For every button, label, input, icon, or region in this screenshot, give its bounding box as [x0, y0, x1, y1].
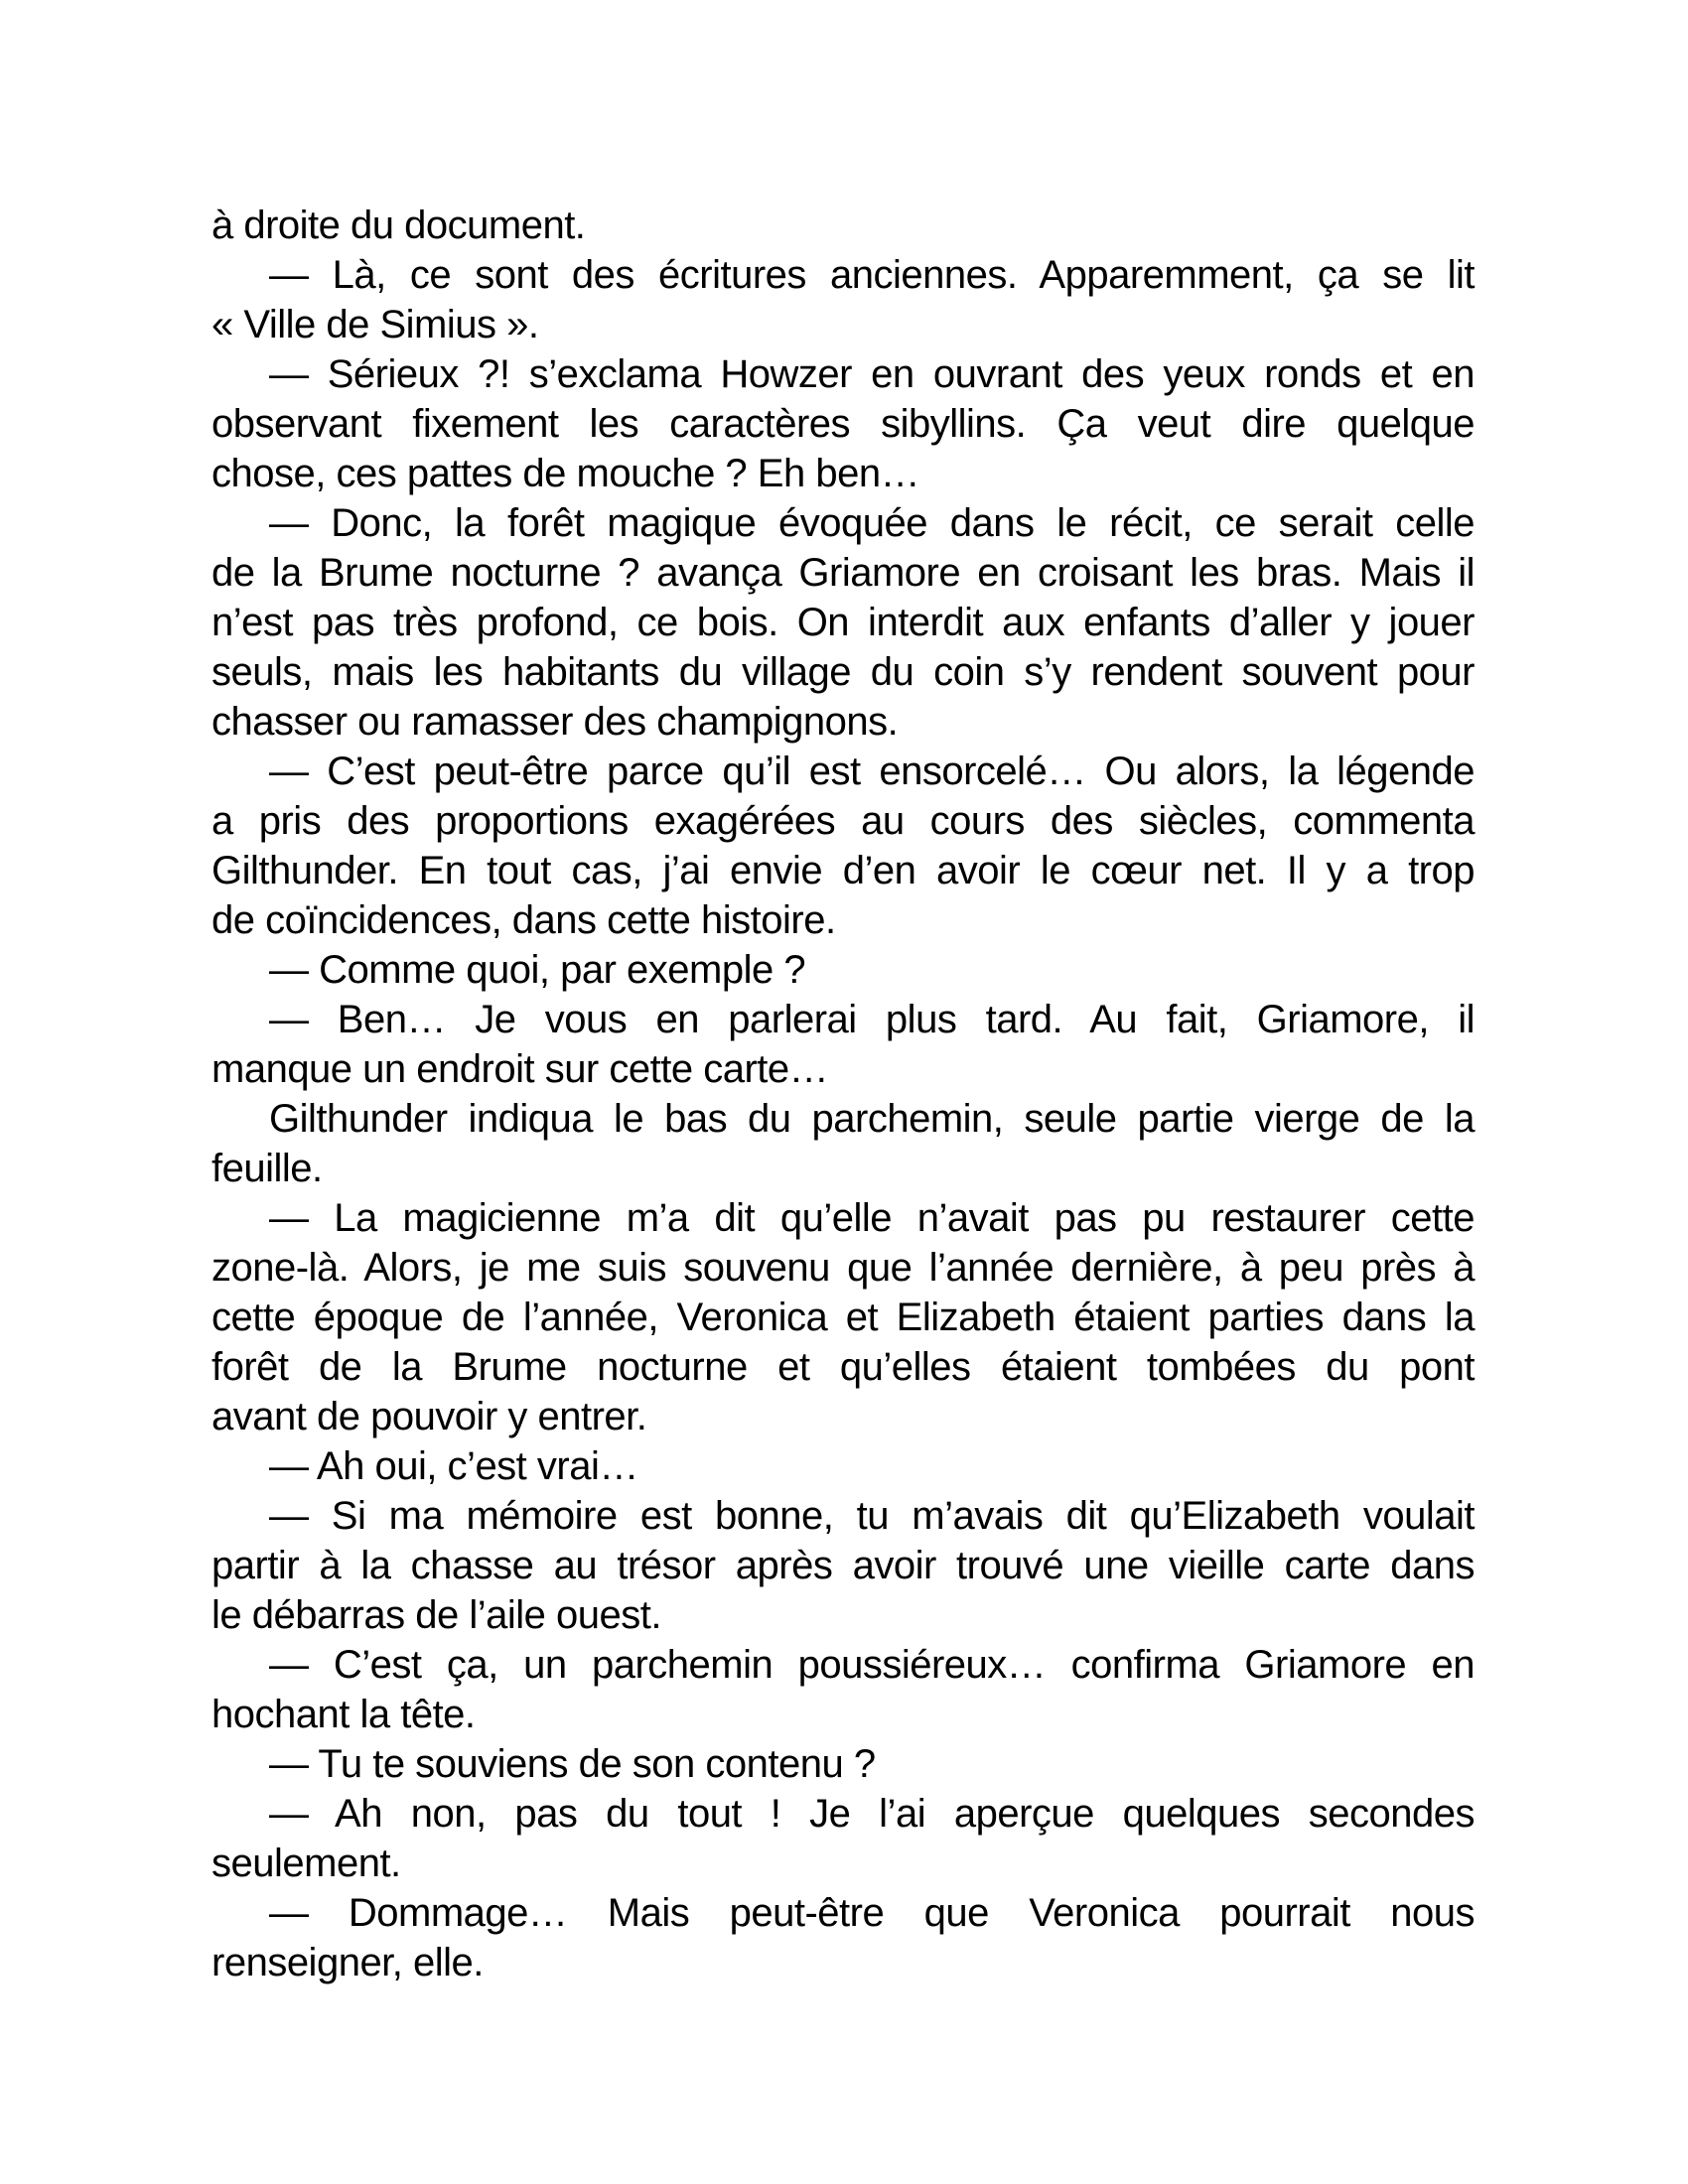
text-line: partir à la chasse au trésor après avoir… — [211, 1541, 1475, 1590]
text-line: de la Brume nocturne ? avança Griamore e… — [211, 548, 1475, 598]
book-page: à droite du document.— Là, ce sont des é… — [0, 0, 1688, 2184]
text-line: — C’est peut-être parce qu’il est ensorc… — [211, 747, 1475, 796]
text-line: — Dommage… Mais peut-être que Veronica p… — [211, 1888, 1475, 1938]
text-line: seulement. — [211, 1839, 1475, 1888]
text-line: de coïncidences, dans cette histoire. — [211, 895, 1475, 945]
text-line: — Sérieux ?! s’exclama Howzer en ouvrant… — [211, 349, 1475, 399]
text-line: — Comme quoi, par exemple ? — [211, 945, 1475, 995]
text-line: hochant la tête. — [211, 1690, 1475, 1739]
text-line: — Donc, la forêt magique évoquée dans le… — [211, 498, 1475, 548]
text-line: renseigner, elle. — [211, 1938, 1475, 1987]
text-line: — Tu te souviens de son contenu ? — [211, 1739, 1475, 1789]
text-line: — C’est ça, un parchemin poussiéreux… co… — [211, 1640, 1475, 1690]
text-line: à droite du document. — [211, 201, 1475, 250]
text-line: n’est pas très profond, ce bois. On inte… — [211, 598, 1475, 647]
text-line: forêt de la Brume nocturne et qu’elles é… — [211, 1342, 1475, 1392]
text-line: a pris des proportions exagérées au cour… — [211, 796, 1475, 846]
text-line: cette époque de l’année, Veronica et Eli… — [211, 1293, 1475, 1342]
text-line: — Ben… Je vous en parlerai plus tard. Au… — [211, 995, 1475, 1044]
text-line: le débarras de l’aile ouest. — [211, 1590, 1475, 1640]
text-line: zone-là. Alors, je me suis souvenu que l… — [211, 1243, 1475, 1293]
text-line: avant de pouvoir y entrer. — [211, 1392, 1475, 1441]
text-line: manque un endroit sur cette carte… — [211, 1044, 1475, 1094]
text-line: chasser ou ramasser des champignons. — [211, 697, 1475, 747]
text-line: « Ville de Simius ». — [211, 300, 1475, 349]
text-line: — La magicienne m’a dit qu’elle n’avait … — [211, 1193, 1475, 1243]
text-line: — Ah non, pas du tout ! Je l’ai aperçue … — [211, 1789, 1475, 1839]
text-line: observant fixement les caractères sibyll… — [211, 399, 1475, 449]
text-line: Gilthunder indiqua le bas du parchemin, … — [211, 1094, 1475, 1144]
text-line: — Ah oui, c’est vrai… — [211, 1441, 1475, 1491]
text-line: — Si ma mémoire est bonne, tu m’avais di… — [211, 1491, 1475, 1541]
text-line: feuille. — [211, 1144, 1475, 1193]
text-line: seuls, mais les habitants du village du … — [211, 647, 1475, 697]
text-line: chose, ces pattes de mouche ? Eh ben… — [211, 449, 1475, 498]
text-line: Gilthunder. En tout cas, j’ai envie d’en… — [211, 846, 1475, 895]
text-line: — Là, ce sont des écritures anciennes. A… — [211, 250, 1475, 300]
text-column: à droite du document.— Là, ce sont des é… — [211, 201, 1475, 1987]
